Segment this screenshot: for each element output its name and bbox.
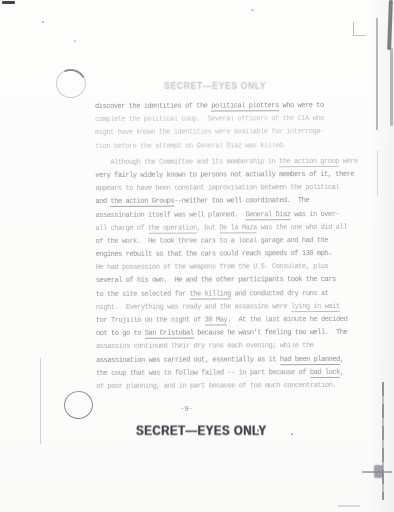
scan-edge-streak	[376, 18, 378, 130]
text-line: to the site selected for the killing and…	[96, 288, 352, 302]
underlined-text: the action group	[279, 158, 339, 167]
text-line: the coup that was to follow failed -- in…	[96, 367, 352, 381]
underlined-text: the killing	[190, 290, 231, 299]
text-segment: night. Everything was ready and the assa…	[96, 303, 291, 312]
text-segment: because he wasn't feeling too well. The	[194, 329, 348, 338]
text-segment: for Trujillo on the night of	[96, 317, 205, 325]
classification-stamp-top: SECRET—EYES ONLY	[164, 80, 266, 92]
paragraph: discover the identities of the political…	[95, 100, 351, 154]
text-segment: and conducted dry runs at	[231, 290, 329, 298]
scan-speck	[74, 40, 76, 42]
text-segment: Although the Committee and its membershi…	[110, 158, 279, 167]
text-segment: tion before the attempt on General Diaz …	[95, 142, 286, 151]
text-line: not to go to San Cristobal because he wa…	[96, 327, 352, 341]
underlined-text: De la Maza	[219, 224, 257, 233]
text-line: assassination itself was well planned. G…	[95, 208, 351, 222]
text-segment: of poor planning, and in part because of…	[96, 382, 336, 391]
paragraph: Although the Committee and its membershi…	[95, 156, 352, 394]
scanned-page: SECRET—EYES ONLY discover the identities…	[0, 0, 394, 512]
text-segment: , but	[197, 224, 220, 232]
text-line: night. Everything was ready and the assa…	[96, 301, 352, 315]
text-line: might have known the identities were ava…	[95, 126, 351, 140]
text-segment: and	[95, 198, 110, 206]
scan-speck	[42, 21, 44, 23]
text-segment: ,	[340, 355, 344, 363]
classification-stamp-bottom: SECRET—EYES ONLY	[136, 422, 267, 438]
text-segment: complete the political coup. Several off…	[95, 115, 324, 124]
underlined-text: lying in wait	[291, 303, 340, 312]
text-line: He had possession of the weapons from th…	[96, 261, 352, 275]
text-line: complete the political coup. Several off…	[95, 113, 351, 127]
page-number: -9-	[180, 406, 193, 414]
underlined-text: the action Groups	[110, 198, 174, 207]
scan-bracket-mark	[353, 22, 366, 36]
text-segment: . At the last minute he decided	[227, 316, 347, 325]
scan-speck	[338, 505, 360, 507]
text-segment: assassins continued their dry runs each …	[96, 342, 314, 351]
text-line: Although the Committee and its membershi…	[95, 156, 351, 170]
scan-edge-shading	[368, 0, 394, 512]
underlined-text: the operation	[148, 224, 197, 233]
text-line: appears to have been constant improvisat…	[95, 182, 351, 196]
underlined-text: San Cristobal	[145, 330, 194, 339]
text-line: and the action Groups--neither too well …	[95, 195, 351, 209]
text-segment: were	[339, 158, 358, 166]
text-segment: all charge of	[96, 224, 149, 232]
text-segment: He had possession of the weapons from th…	[96, 263, 329, 272]
hole-punch-ghost-top	[56, 69, 86, 98]
text-segment: appears to have been constant improvisat…	[95, 184, 339, 193]
text-line: of poor planning, and in part because of…	[96, 380, 352, 394]
text-line: assassination was carried out, essential…	[96, 353, 352, 367]
text-segment: not to go to	[96, 330, 145, 338]
scan-cross-mark	[362, 471, 392, 473]
scan-speck	[251, 9, 254, 11]
underlined-text: political plotters	[211, 102, 279, 111]
text-segment: discover the identities of the	[95, 102, 211, 111]
text-segment: ,	[340, 369, 344, 377]
underlined-text: had been planned	[280, 355, 340, 364]
text-line: of the work. He took three cars to a loc…	[96, 235, 352, 249]
text-line: discover the identities of the political…	[95, 100, 351, 114]
text-segment: several of his own. He and the other par…	[96, 276, 336, 285]
underlined-text: 30 May	[205, 316, 228, 325]
paper-fold-line	[40, 358, 41, 444]
text-line: engines rebuilt so that the cars could r…	[96, 248, 352, 262]
text-segment: assassination itself was well planned.	[95, 211, 245, 220]
text-segment: who were to	[279, 102, 324, 110]
text-segment: --neither too well coordinated. The	[174, 197, 309, 206]
underlined-text: bad luck	[310, 369, 340, 378]
text-segment: to the site selected for	[96, 290, 190, 298]
scan-edge-line-bottom	[382, 382, 384, 500]
text-segment: of the work. He took three cars to a loc…	[96, 237, 329, 246]
text-segment: might have known the identities were ava…	[95, 128, 324, 137]
text-segment: was in over-	[291, 210, 340, 218]
scan-edge-streak	[387, 0, 393, 50]
text-segment: was the one who did all	[257, 224, 347, 232]
text-segment: the coup that was to follow failed -- in…	[96, 369, 310, 378]
scan-smudge	[374, 465, 383, 478]
text-line: several of his own. He and the other par…	[96, 274, 352, 288]
text-line: for Trujillo on the night of 30 May. At …	[96, 314, 352, 328]
scan-edge-streak	[377, 150, 378, 196]
scan-edge-streak	[390, 48, 393, 126]
text-line: assassins continued their dry runs each …	[96, 340, 352, 354]
underlined-text: General Diaz	[246, 211, 291, 220]
hole-punch-ghost-bottom	[62, 389, 95, 421]
text-line: tion before the attempt on General Diaz …	[95, 139, 351, 153]
scan-corner-mark	[2, 1, 15, 4]
scan-speck	[291, 433, 293, 435]
text-segment: very fairly widely known to persons not …	[95, 171, 354, 180]
text-segment: engines rebuilt so that the cars could r…	[96, 250, 332, 259]
text-line: very fairly widely known to persons not …	[95, 169, 351, 183]
document-text: discover the identities of the political…	[95, 100, 352, 394]
text-line: all charge of the operation, but De la M…	[96, 222, 352, 236]
text-segment: assassination was carried out, essential…	[96, 356, 280, 365]
